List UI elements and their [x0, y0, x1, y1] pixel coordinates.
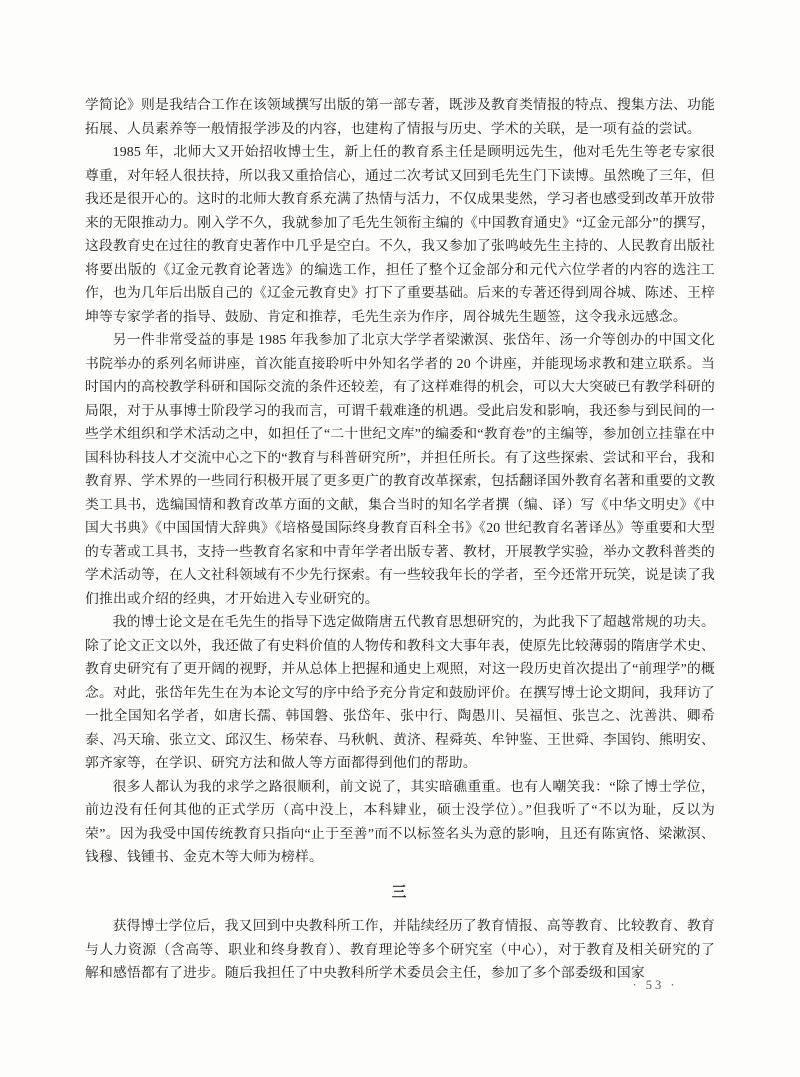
body-paragraph: 我的博士论文是在毛先生的指导下选定做隋唐五代教育思想研究的，为此我下了超越常规的…: [85, 610, 715, 775]
page-text-block: 学简论》则是我结合工作在该领域撰写出版的第一部专著，既涉及教育类情报的特点、搜集…: [85, 93, 715, 985]
scanned-page: 学简论》则是我结合工作在该领域撰写出版的第一部专著，既涉及教育类情报的特点、搜集…: [0, 0, 800, 1077]
body-paragraph: 1985 年，北师大又开始招收博士生，新上任的教育系主任是顾明远先生，他对毛先生…: [85, 140, 715, 328]
body-paragraph: 获得博士学位后，我又回到中央教科所工作，并陆续经历了教育情报、高等教育、比较教育…: [85, 914, 715, 985]
body-paragraph: 学简论》则是我结合工作在该领域撰写出版的第一部专著，既涉及教育类情报的特点、搜集…: [85, 93, 715, 140]
page-number: · 53 ·: [610, 978, 700, 993]
body-paragraph: 另一件非常受益的事是 1985 年我参加了北京大学学者梁漱溟、张岱年、汤一介等创…: [85, 328, 715, 610]
body-paragraph: 很多人都认为我的求学之路很顺利，前文说了，其实暗礁重重。也有人嘲笑我：“除了博士…: [85, 775, 715, 869]
section-heading: 三: [85, 882, 715, 906]
